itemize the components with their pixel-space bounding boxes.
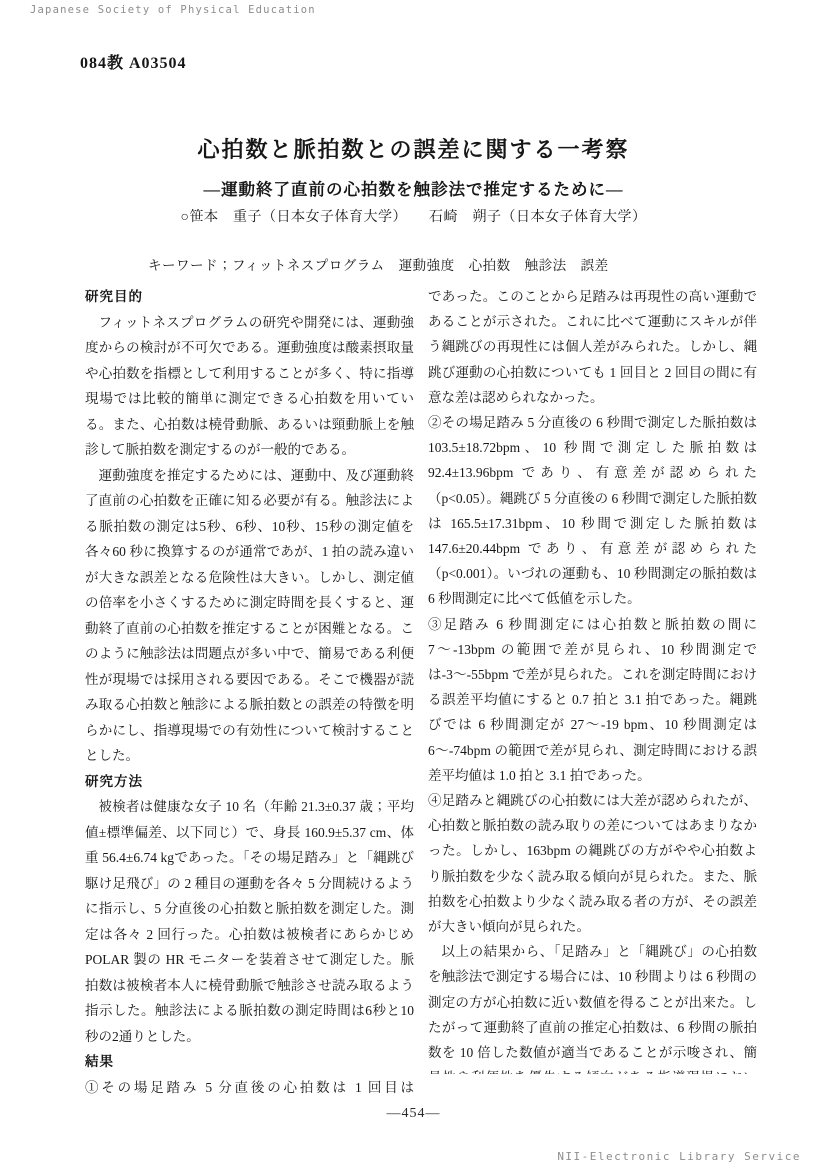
nii-service-footer: NII-Electronic Library Service	[557, 1150, 801, 1163]
library-header: Japanese Society of Physical Education	[30, 4, 316, 16]
paper-title: 心拍数と脈拍数との誤差に関する一考察	[0, 133, 827, 164]
right-column: であった。このことから足踏みは再現性の高い運動であることが示された。これに比べて…	[428, 284, 757, 1074]
body-paragraph: ③足踏み 6 秒間測定には心拍数と脈拍数の間に 7〜-13bpm の範囲で差が見…	[428, 612, 757, 788]
body-paragraph: ④足踏みと縄跳びの心拍数には大差が認められたが、心拍数と脈拍数の読み取りの差につ…	[428, 788, 757, 939]
authors-line: ○笹本 重子（日本女子体育大学） 石崎 朔子（日本女子体育大学）	[0, 206, 827, 226]
left-column: 研究目的フィットネスプログラムの研究や開発には、運動強度からの検討が不可欠である…	[85, 284, 414, 1094]
body-paragraph: ①その場足踏み 5 分直後の心拍数は 1 回目は 105.8±15.76bpm、…	[85, 1075, 414, 1095]
section-heading: 結果	[85, 1049, 414, 1075]
body-paragraph: であった。このことから足踏みは再現性の高い運動であることが示された。これに比べて…	[428, 284, 757, 410]
keywords-line: キーワード；フィットネスプログラム 運動強度 心拍数 触診法 誤差	[148, 254, 609, 274]
document-code: 084教 A03504	[80, 50, 187, 73]
section-heading: 研究目的	[85, 284, 414, 310]
body-paragraph: ②その場足踏み 5 分直後の 6 秒間で測定した脈拍数は 103.5±18.72…	[428, 410, 757, 612]
body-columns: 研究目的フィットネスプログラムの研究や開発には、運動強度からの検討が不可欠である…	[85, 284, 757, 1094]
section-heading: 研究方法	[85, 769, 414, 795]
paper-subtitle: ―運動終了直前の心拍数を触診法で推定するために―	[0, 176, 827, 200]
body-paragraph: 被検者は健康な女子 10 名（年齢 21.3±0.37 歳；平均値±標準偏差、以…	[85, 794, 414, 1049]
body-paragraph: 運動強度を推定するためには、運動中、及び運動終了直前の心拍数を正確に知る必要が有…	[85, 463, 414, 769]
body-paragraph: 以上の結果から、「足踏み」と「縄跳び」の心拍数を触診法で測定する場合には、10 …	[428, 939, 757, 1074]
page-number: ―454―	[0, 1106, 827, 1122]
body-paragraph: フィットネスプログラムの研究や開発には、運動強度からの検討が不可欠である。運動強…	[85, 310, 414, 463]
paper-page: Japanese Society of Physical Education 0…	[0, 0, 827, 1170]
